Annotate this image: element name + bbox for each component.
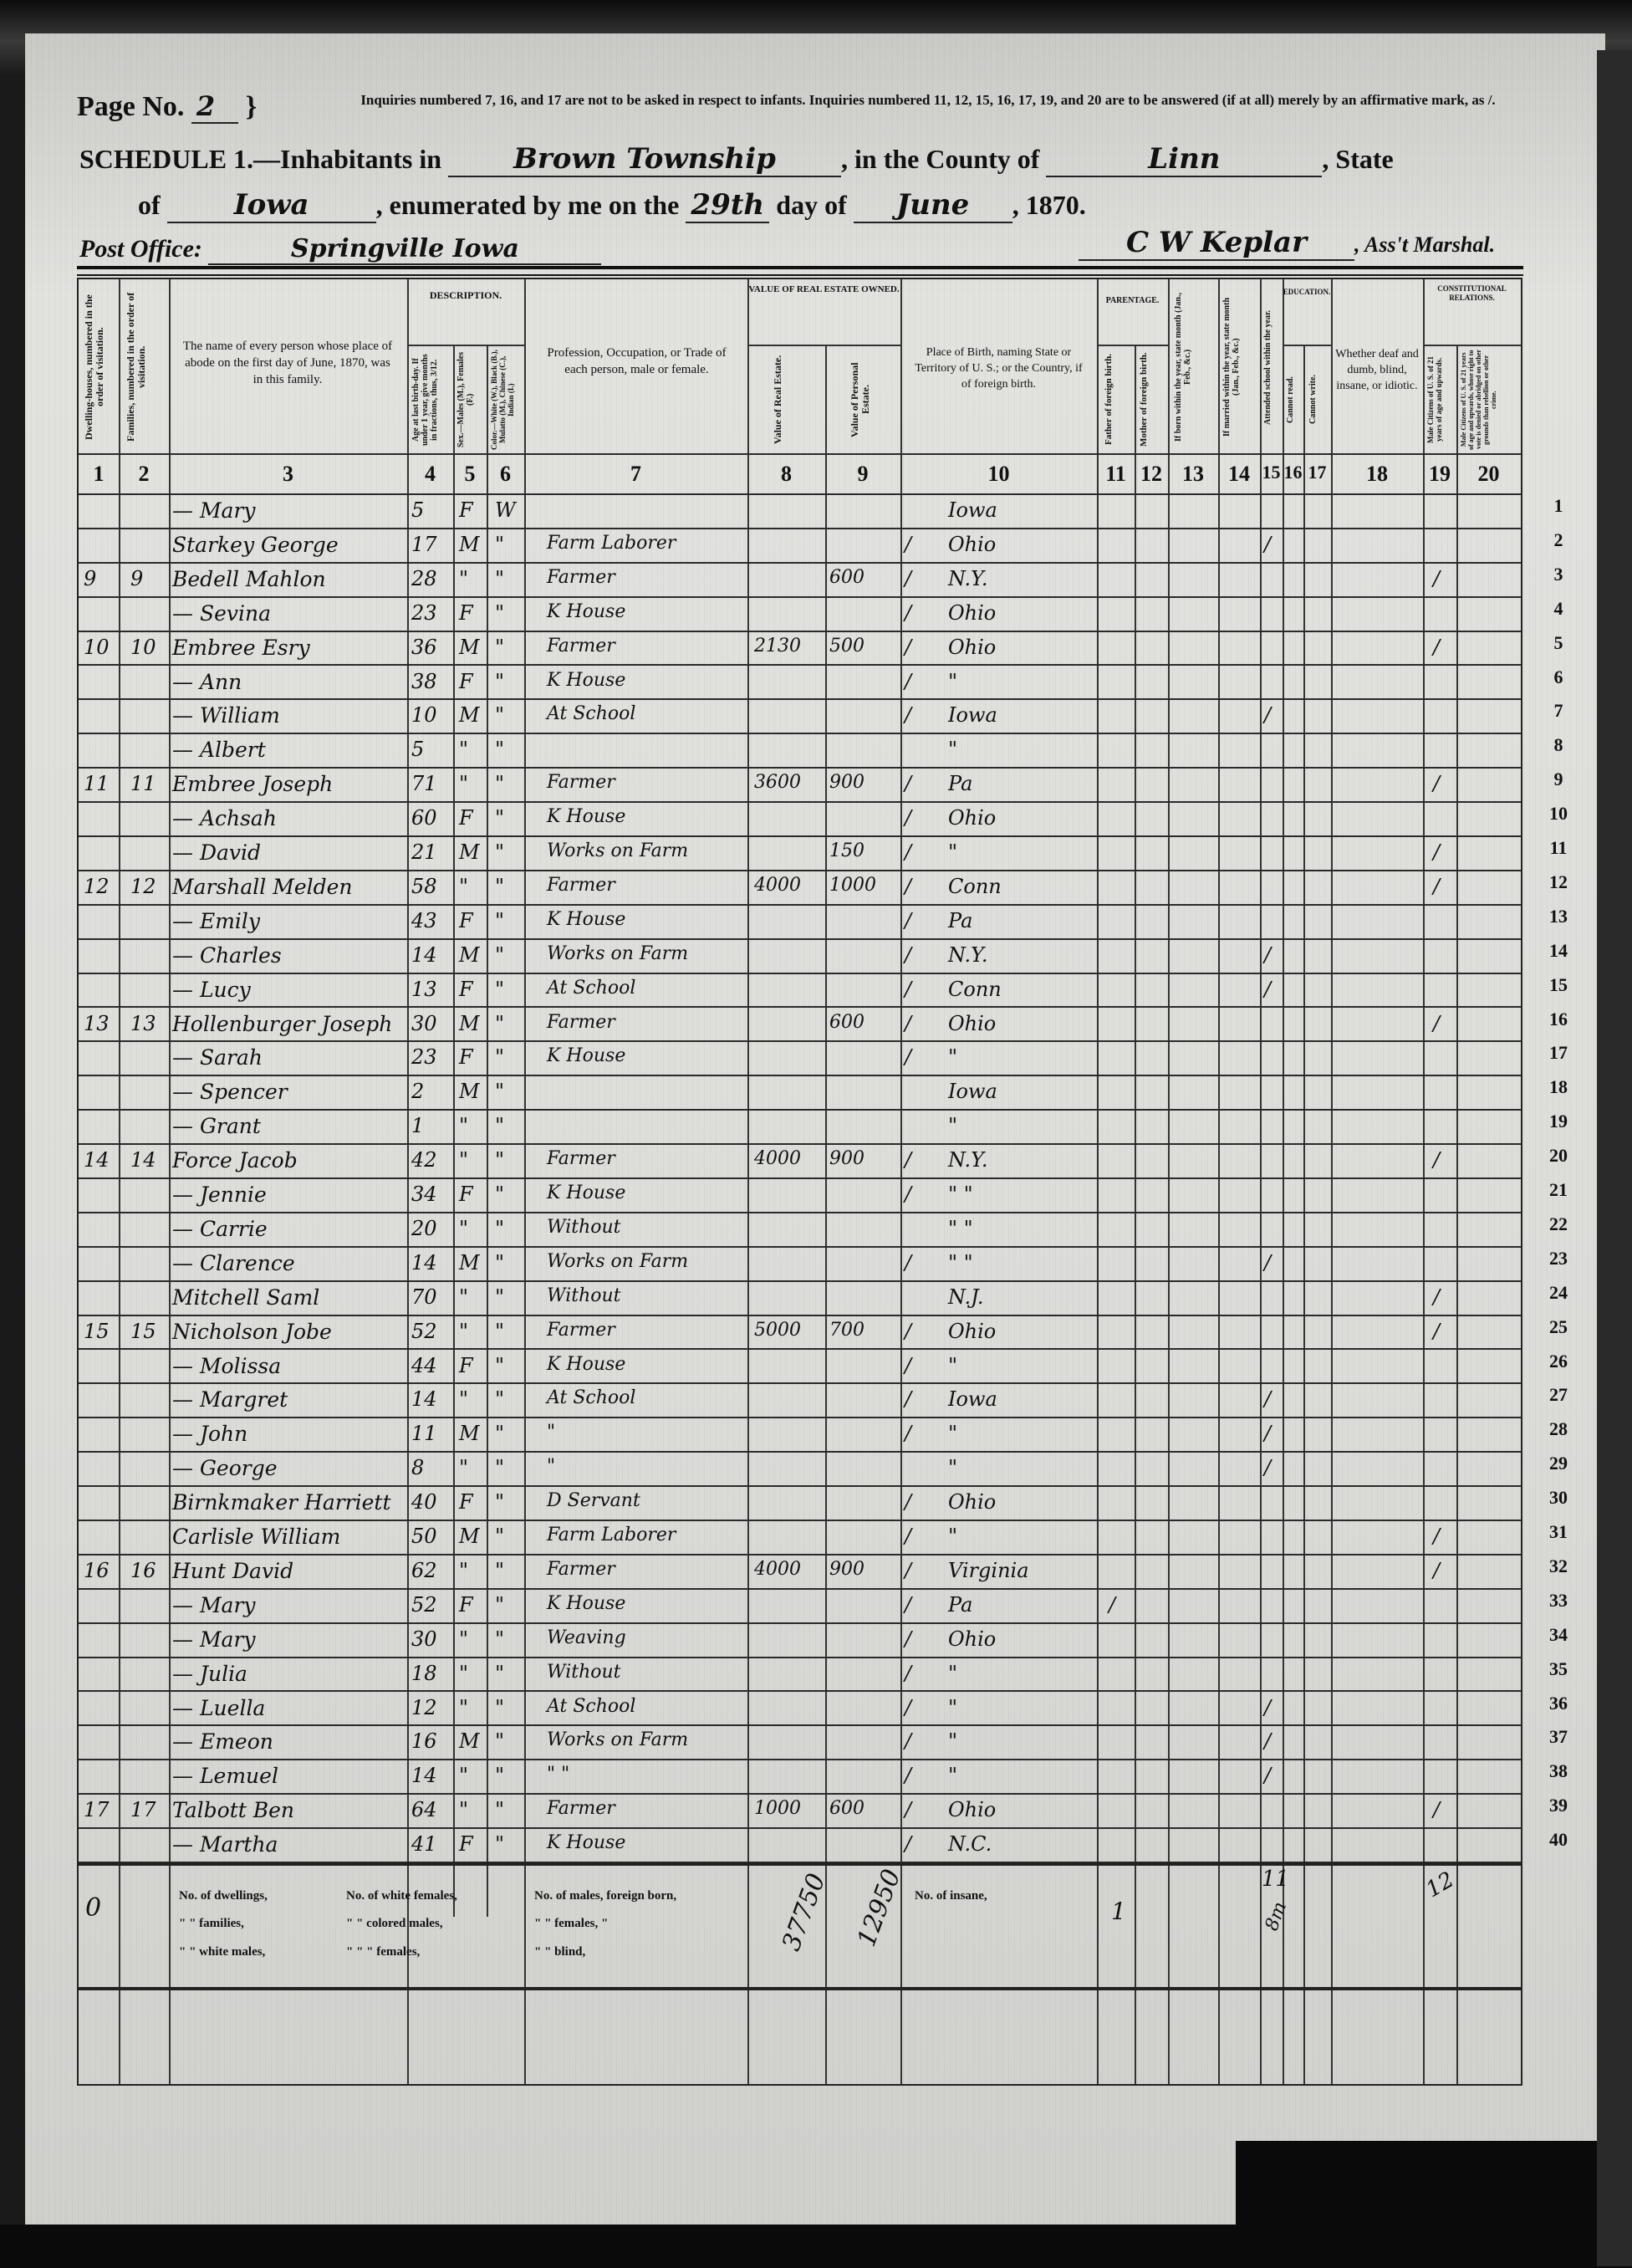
sex: " — [459, 875, 468, 898]
dwelling-number: 14 — [84, 1148, 110, 1172]
color: " — [495, 806, 504, 830]
table-row: 14 14 Force Jacob 42 " " Farmer 4000 900… — [79, 1145, 1521, 1179]
person-name: Embree Joseph — [172, 772, 333, 796]
colnum-9: 9 — [825, 462, 900, 487]
table-row: — Achsah 60 F " K House / Ohio 10 — [79, 803, 1521, 837]
school-mark: / — [1264, 1729, 1271, 1753]
row-number: 10 — [1533, 803, 1584, 825]
marshal-signature: C W Keplar — [1079, 226, 1354, 261]
table-row: 16 16 Hunt David 62 " " Farmer 4000 900 … — [79, 1555, 1521, 1590]
real-estate-value: 4000 — [754, 1148, 801, 1169]
table-row: Carlisle William 50 M " Farm Laborer / "… — [79, 1521, 1521, 1555]
summary-families: " " families, — [179, 1917, 244, 1931]
occupation: K House — [547, 806, 625, 827]
occupation: Without — [547, 1662, 621, 1683]
person-name: Talbott Ben — [172, 1798, 294, 1822]
check-mark: / — [905, 567, 911, 590]
birthplace: N.J. — [948, 1285, 983, 1309]
citizen-mark: / — [1433, 1012, 1440, 1035]
table-row: — Clarence 14 M " Works on Farm / " " / … — [79, 1248, 1521, 1282]
citizen-mark: / — [1433, 636, 1440, 659]
occupation: Farm Laborer — [547, 533, 676, 554]
row-number: 9 — [1533, 769, 1584, 790]
state-label: , State — [1322, 144, 1393, 174]
enumeration-line: of Iowa, enumerated by me on the 29th da… — [138, 188, 1086, 223]
sex: M — [459, 1729, 480, 1753]
day-field: 29th — [686, 188, 769, 223]
occupation: At School — [547, 1387, 635, 1408]
sex: " — [459, 1764, 468, 1787]
school-mark: / — [1264, 533, 1271, 556]
table-row: 10 10 Embree Esry 36 M " Farmer 2130 500… — [79, 632, 1521, 667]
age: 18 — [411, 1662, 437, 1685]
header-name: The name of every person whose place of … — [179, 338, 396, 388]
table-row: — Julia 18 " " Without / " 35 — [79, 1658, 1521, 1693]
color: " — [495, 1456, 504, 1479]
age: 58 — [411, 875, 437, 898]
page-label: Page No. — [77, 91, 184, 122]
family-number: 17 — [130, 1798, 156, 1821]
check-mark: / — [905, 1012, 911, 1035]
colnum-15: 15 — [1260, 462, 1283, 483]
table-row: — Martha 41 F " K House / N.C. 40 — [79, 1829, 1521, 1863]
table-row: — William 10 M " At School / Iowa / 7 — [79, 700, 1521, 734]
dwelling-number: 12 — [84, 875, 110, 898]
header-family: Families, numbered in the order of visit… — [125, 288, 166, 447]
age: 8 — [411, 1456, 424, 1479]
sex: M — [459, 943, 480, 967]
birthplace: Iowa — [948, 703, 997, 727]
birthplace: Ohio — [948, 601, 996, 625]
occupation: " — [547, 1422, 555, 1443]
real-estate-value: 3600 — [754, 772, 801, 793]
row-number: 3 — [1533, 564, 1584, 585]
birthplace: Pa — [948, 772, 972, 795]
row-number: 36 — [1533, 1693, 1584, 1714]
colnum-18: 18 — [1331, 462, 1423, 487]
page-number-value: 2 — [191, 90, 238, 124]
citizen-mark: / — [1433, 1798, 1440, 1821]
row-number: 18 — [1533, 1076, 1584, 1098]
color: " — [495, 1696, 504, 1719]
birthplace: Iowa — [948, 1387, 997, 1411]
header-parentage-group: PARENTAGE. — [1097, 296, 1168, 305]
real-estate-value: 5000 — [754, 1320, 801, 1341]
age: 14 — [411, 1387, 437, 1411]
birthplace: " — [948, 1662, 957, 1685]
family-number: 16 — [130, 1559, 156, 1582]
occupation: K House — [547, 1183, 625, 1203]
age: 71 — [411, 772, 437, 795]
table-row: — Molissa 44 F " K House / " 26 — [79, 1351, 1521, 1385]
header-occupation: Profession, Occupation, or Trade of each… — [534, 345, 739, 378]
personal-estate-value: 600 — [829, 567, 864, 588]
age: 60 — [411, 806, 437, 830]
header-cannot-read: Cannot read. — [1285, 350, 1302, 450]
personal-estate-value: 600 — [829, 1798, 864, 1819]
birthplace: Pa — [948, 1593, 972, 1617]
person-name: Hollenburger Joseph — [172, 1012, 392, 1036]
color: " — [495, 978, 504, 1001]
age: 11 — [411, 1422, 437, 1445]
color: " — [495, 1148, 504, 1172]
table-row: 11 11 Embree Joseph 71 " " Farmer 3600 9… — [79, 769, 1521, 803]
colnum-16: 16 — [1283, 462, 1303, 483]
check-mark: / — [905, 601, 911, 625]
age: 14 — [411, 943, 437, 967]
age: 20 — [411, 1217, 437, 1240]
birthplace: " — [948, 738, 957, 761]
color: " — [495, 1217, 504, 1240]
person-name: — Grant — [172, 1114, 261, 1138]
occupation: D Servant — [547, 1490, 640, 1511]
occupation: Weaving — [547, 1627, 626, 1648]
occupation: Farmer — [547, 1148, 615, 1169]
birthplace: " — [948, 670, 957, 693]
person-name: — Sarah — [172, 1045, 263, 1070]
person-name: — Emeon — [172, 1729, 273, 1754]
birthplace: N.Y. — [948, 943, 987, 967]
colnum-1: 1 — [79, 462, 119, 487]
birthplace: Virginia — [948, 1559, 1029, 1582]
schedule-line: SCHEDULE 1.—Inhabitants in Brown Townshi… — [79, 142, 1394, 177]
occupation: At School — [547, 978, 635, 999]
sex: " — [459, 1662, 468, 1685]
personal-estate-value: 500 — [829, 636, 864, 656]
row-number: 38 — [1533, 1760, 1584, 1782]
colnum-17: 17 — [1303, 462, 1331, 483]
color: " — [495, 1387, 504, 1411]
check-mark: / — [905, 1696, 911, 1719]
enumerated-label: , enumerated by me on the — [376, 190, 680, 220]
personal-estate-value: 700 — [829, 1320, 864, 1341]
table-row: — Grant 1 " " " 19 — [79, 1111, 1521, 1145]
color: " — [495, 1490, 504, 1514]
colnum-3: 3 — [169, 462, 407, 487]
age: 23 — [411, 1045, 437, 1069]
header-vote-denied: Male Citizens of U. S. of 21 years of ag… — [1460, 350, 1518, 450]
birthplace: Iowa — [948, 498, 997, 522]
personal-estate-value: 1000 — [829, 875, 876, 896]
occupation: Works on Farm — [547, 1729, 688, 1750]
color: " — [495, 772, 504, 795]
sex: F — [459, 1354, 473, 1377]
header-color: Color.—White (W.), Black (B.), Mulatto (… — [490, 350, 522, 450]
color: " — [495, 1080, 504, 1103]
sex: " — [459, 1387, 468, 1411]
check-mark: / — [905, 909, 911, 932]
township-field: Brown Township — [448, 142, 841, 177]
birthplace: Ohio — [948, 1490, 996, 1514]
row-number: 31 — [1533, 1521, 1584, 1543]
table-row: — Albert 5 " " " 8 — [79, 734, 1521, 769]
colnum-5: 5 — [453, 462, 487, 487]
birthplace: Iowa — [948, 1080, 997, 1103]
occupation: " — [547, 1456, 555, 1477]
occupation: Farmer — [547, 567, 615, 588]
check-mark: / — [905, 1148, 911, 1172]
header-male-citizens: Male Citizens of U. S. of 21 years of ag… — [1426, 350, 1455, 450]
left-margin-mark: 0 — [85, 1893, 101, 1923]
check-mark: / — [905, 703, 911, 727]
table-row: — Sevina 23 F " K House / Ohio 4 — [79, 598, 1521, 632]
dwelling-number: 11 — [84, 772, 110, 795]
occupation: " " — [547, 1764, 569, 1785]
real-estate-value: 1000 — [754, 1798, 801, 1819]
check-mark: / — [905, 772, 911, 795]
summary-blind: " " blind, — [534, 1945, 585, 1959]
header-married-within-year: If married within the year, state month … — [1222, 288, 1257, 447]
table-row: — Charles 14 M " Works on Farm / N.Y. / … — [79, 940, 1521, 974]
birthplace: Pa — [948, 909, 972, 932]
age: 17 — [411, 533, 437, 556]
real-estate-value: 4000 — [754, 1559, 801, 1580]
table-row: — Mary 30 " " Weaving / Ohio 34 — [79, 1624, 1521, 1658]
person-name: — David — [172, 840, 261, 865]
summary-dwellings: No. of dwellings, — [179, 1889, 268, 1903]
header-personal-estate: Value of Personal Estate. — [849, 350, 875, 450]
header-age: Age at last birth-day. If under 1 year, … — [411, 350, 450, 450]
age: 62 — [411, 1559, 437, 1582]
check-mark: / — [905, 1422, 911, 1445]
birthplace: " — [948, 1525, 957, 1548]
sex: M — [459, 636, 480, 659]
person-name: — Emily — [172, 909, 260, 933]
dwelling-number: 10 — [84, 636, 110, 659]
birthplace: Conn — [948, 978, 1002, 1001]
header-description-group: DESCRIPTION. — [407, 289, 524, 302]
scan-right-edge — [1597, 50, 1632, 2266]
citizen-mark: / — [1433, 772, 1440, 795]
occupation: At School — [547, 1696, 635, 1717]
header-constitutional-group: CONSTITUTIONAL RELATIONS. — [1423, 284, 1521, 303]
colnum-4: 4 — [407, 462, 453, 487]
colnum-12: 12 — [1135, 462, 1168, 487]
person-name: Bedell Mahlon — [172, 567, 326, 591]
birthplace: " — [948, 1729, 957, 1753]
row-number: 30 — [1533, 1487, 1584, 1509]
table-row: 12 12 Marshall Melden 58 " " Farmer 4000… — [79, 871, 1521, 906]
family-number: 13 — [130, 1012, 156, 1035]
age: 52 — [411, 1593, 437, 1617]
row-number: 19 — [1533, 1111, 1584, 1132]
person-name: — William — [172, 703, 280, 728]
header-rule — [77, 266, 1523, 269]
person-name: — Lucy — [172, 978, 251, 1002]
row-number: 7 — [1533, 700, 1584, 722]
summary-colored-males: " " colored males, — [346, 1917, 443, 1931]
school-mark: / — [1264, 1696, 1271, 1719]
school-note: 8m — [1262, 1899, 1291, 1933]
age: 1 — [411, 1114, 424, 1137]
check-mark: / — [905, 1729, 911, 1753]
check-mark: / — [905, 1525, 911, 1548]
person-name: — Spencer — [172, 1080, 288, 1104]
total-school: 11 — [1262, 1867, 1289, 1892]
occupation: K House — [547, 1354, 625, 1375]
dwelling-number: 17 — [84, 1798, 110, 1821]
sex: " — [459, 1798, 468, 1821]
age: 5 — [411, 738, 424, 761]
row-number: 20 — [1533, 1145, 1584, 1167]
occupation: Farmer — [547, 636, 615, 656]
sex: F — [459, 670, 473, 693]
occupation: K House — [547, 909, 625, 930]
person-name: — Ann — [172, 670, 242, 694]
summary-males-foreign: No. of males, foreign born, — [534, 1889, 676, 1903]
color: " — [495, 703, 504, 727]
citizen-mark: / — [1433, 840, 1440, 864]
colnum-2: 2 — [119, 462, 169, 487]
sex: " — [459, 1320, 468, 1343]
person-name: — Achsah — [172, 806, 277, 830]
check-mark: / — [905, 1798, 911, 1821]
check-mark: / — [905, 1662, 911, 1685]
person-name: — Sevina — [172, 601, 271, 626]
person-name: — Molissa — [172, 1354, 281, 1378]
header-sex: Sex.—Males (M.), Females (F.) — [456, 350, 485, 450]
family-number: 15 — [130, 1320, 156, 1343]
color: " — [495, 1422, 504, 1445]
person-name: Nicholson Jobe — [172, 1320, 332, 1344]
person-name: — Martha — [172, 1832, 278, 1857]
check-mark: / — [905, 1320, 911, 1343]
row-number: 2 — [1533, 529, 1584, 551]
age: 50 — [411, 1525, 437, 1548]
table-row: — Lemuel 14 " " " " / " / 38 — [79, 1760, 1521, 1795]
row-number: 35 — [1533, 1658, 1584, 1680]
color: " — [495, 1832, 504, 1856]
birthplace: Ohio — [948, 1627, 996, 1651]
table-row: — David 21 M " Works on Farm 150 / " / 1… — [79, 837, 1521, 871]
school-mark: / — [1264, 1387, 1271, 1411]
citizen-mark: / — [1433, 1285, 1440, 1309]
age: 36 — [411, 636, 437, 659]
table-row: 13 13 Hollenburger Joseph 30 M " Farmer … — [79, 1009, 1521, 1043]
age: 30 — [411, 1627, 437, 1651]
color: " — [495, 738, 504, 761]
check-mark: / — [905, 636, 911, 659]
birthplace: Ohio — [948, 1012, 996, 1035]
post-office-line: Post Office: Springville Iowa — [79, 234, 601, 265]
header-value-group: VALUE OF REAL ESTATE OWNED. — [747, 284, 900, 295]
dwelling-number: 13 — [84, 1012, 110, 1035]
person-name: — Luella — [172, 1696, 265, 1720]
marshal-label: , Ass't Marshal. — [1354, 232, 1495, 257]
color: " — [495, 1045, 504, 1069]
occupation: Works on Farm — [547, 840, 688, 861]
sex: " — [459, 772, 468, 795]
table-row: — Margret 14 " " At School / Iowa / 27 — [79, 1384, 1521, 1418]
group-rule — [1283, 345, 1331, 346]
color: " — [495, 1183, 504, 1206]
birthplace: " — [948, 1764, 957, 1787]
age: 40 — [411, 1490, 437, 1514]
table-row: — Luella 12 " " At School / " / 36 — [79, 1693, 1521, 1727]
color: " — [495, 1559, 504, 1582]
row-number: 34 — [1533, 1624, 1584, 1646]
school-mark: / — [1264, 1251, 1271, 1274]
sex: F — [459, 909, 473, 932]
schedule-label: SCHEDULE 1.—Inhabitants in — [79, 144, 441, 174]
row-number: 27 — [1533, 1384, 1584, 1406]
table-row: — Mary 52 F " K House / Pa / 33 — [79, 1590, 1521, 1624]
occupation: Works on Farm — [547, 943, 688, 964]
occupation: K House — [547, 601, 625, 622]
table-row: — George 8 " " " " / 29 — [79, 1453, 1521, 1487]
sex: " — [459, 1559, 468, 1582]
row-number: 26 — [1533, 1351, 1584, 1372]
year-label: , 1870. — [1012, 190, 1086, 220]
color: " — [495, 1525, 504, 1548]
person-name: — Margret — [172, 1387, 288, 1412]
header-real-estate: Value of Real Estate. — [773, 350, 798, 450]
person-name: — Mary — [172, 1627, 256, 1652]
person-name: Marshall Melden — [172, 875, 353, 899]
age: 13 — [411, 978, 437, 1001]
sex: " — [459, 1148, 468, 1172]
day-of-label: day of — [776, 190, 846, 220]
post-office-label: Post Office: — [79, 235, 202, 263]
total-citizens: 12 — [1422, 1867, 1459, 1903]
sex: F — [459, 1832, 473, 1856]
age: 34 — [411, 1183, 437, 1206]
personal-estate-value: 900 — [829, 772, 864, 793]
family-number: 14 — [130, 1148, 156, 1172]
header-rule-thin — [77, 274, 1523, 276]
occupation: Farmer — [547, 1559, 615, 1580]
sex: F — [459, 1593, 473, 1617]
birthplace: N.Y. — [948, 1148, 987, 1172]
person-name: Mitchell Saml — [172, 1285, 319, 1310]
birthplace: " — [948, 1696, 957, 1719]
citizen-mark: / — [1433, 875, 1440, 898]
header-born-within-year: If born within the year, state month (Ja… — [1174, 288, 1212, 447]
color: " — [495, 670, 504, 693]
table-row: — John 11 M " " / " / 28 — [79, 1418, 1521, 1453]
table-row: Birnkmaker Harriett 40 F " D Servant / O… — [79, 1487, 1521, 1521]
check-mark: / — [905, 1183, 911, 1206]
sex: " — [459, 1114, 468, 1137]
row-number: 17 — [1533, 1042, 1584, 1064]
person-name: — Albert — [172, 738, 266, 762]
birthplace: Ohio — [948, 636, 996, 659]
age: 16 — [411, 1729, 437, 1753]
colnum-10: 10 — [900, 462, 1097, 487]
occupation: K House — [547, 1593, 625, 1614]
age: 42 — [411, 1148, 437, 1172]
group-rule — [1423, 345, 1521, 346]
group-rule — [407, 345, 524, 346]
table-row: — Mary 5 F W Iowa 1 — [79, 495, 1521, 529]
occupation: K House — [547, 670, 625, 691]
color: " — [495, 1729, 504, 1753]
sex: " — [459, 1285, 468, 1309]
row-number: 37 — [1533, 1726, 1584, 1748]
table-row: — Sarah 23 F " K House / " 17 — [79, 1042, 1521, 1076]
of-label: of — [138, 190, 161, 220]
row-number: 24 — [1533, 1282, 1584, 1304]
check-mark: / — [905, 533, 911, 556]
check-mark: / — [905, 840, 911, 864]
occupation: Farmer — [547, 1012, 615, 1033]
occupation: K House — [547, 1832, 625, 1853]
table-row: — Ann 38 F " K House / " 6 — [79, 667, 1521, 701]
personal-estate-value: 900 — [829, 1559, 864, 1580]
citizen-mark: / — [1433, 1148, 1440, 1172]
family-number: 10 — [130, 636, 156, 659]
sex: F — [459, 498, 473, 522]
